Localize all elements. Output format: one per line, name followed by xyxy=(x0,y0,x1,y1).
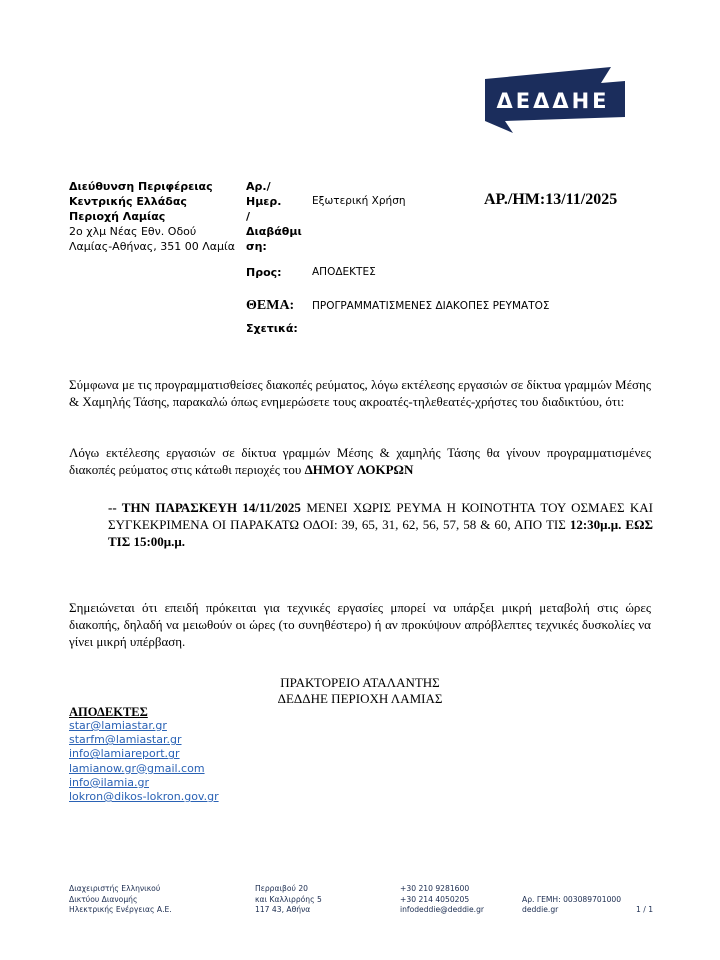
municipality-name: ΔΗΜΟΥ ΛΟΚΡΩΝ xyxy=(305,462,414,477)
sender-line: 2ο χλμ Νέας Εθν. Οδού xyxy=(69,224,249,239)
sender-address: Διεύθυνση Περιφέρειας Κεντρικής Ελλάδας … xyxy=(69,179,249,254)
sender-line: Διεύθυνση Περιφέρειας xyxy=(69,179,249,194)
sender-line: Λαμίας-Αθήνας, 351 00 Λαμία xyxy=(69,239,249,254)
sender-line: Κεντρικής Ελλάδας xyxy=(69,194,249,209)
intro-paragraph: Σύμφωνα με τις προγραμματισθείσες διακοπ… xyxy=(69,376,651,410)
footer-line: Περραιβού 20 xyxy=(255,884,322,895)
recipient-email-link[interactable]: info@ilamia.gr xyxy=(69,776,219,790)
footer-website: deddie.gr xyxy=(522,905,621,916)
footer-line: Δικτύου Διανομής xyxy=(69,895,172,906)
footer-email: infodeddie@deddie.gr xyxy=(400,905,484,916)
reference-label-line: ση: xyxy=(246,239,302,254)
footer-company: Διαχειριστής Ελληνικού Δικτύου Διανομής … xyxy=(69,884,172,916)
reference-number: ΑΡ./ΗΜ:13/11/2025 xyxy=(484,191,617,209)
signature-line: ΠΡΑΚΤΟΡΕΙΟ ΑΤΑΛΑΝΤΗΣ xyxy=(200,675,520,691)
recipient-email-link[interactable]: lokron@dikos-lokron.gov.gr xyxy=(69,790,219,804)
signature-line: ΔΕΔΔΗΕ ΠΕΡΙΟΧΗ ΛΑΜΙΑΣ xyxy=(200,691,520,707)
outage-date: -- ΤΗΝ ΠΑΡΑΣΚΕΥΗ 14/11/2025 xyxy=(108,500,301,515)
footer-line: Ηλεκτρικής Ενέργειας Α.Ε. xyxy=(69,905,172,916)
reference-label-line: Διαβάθμι xyxy=(246,224,302,239)
note-paragraph: Σημειώνεται ότι επειδή πρόκειται για τεχ… xyxy=(69,599,651,650)
recipients-list: ΑΠΟΔΕΚΤΕΣ star@lamiastar.gr starfm@lamia… xyxy=(69,705,219,804)
announcement-paragraph: Λόγω εκτέλεσης εργασιών σε δίκτυα γραμμώ… xyxy=(69,444,651,478)
recipient-email-link[interactable]: lamianow.gr@gmail.com xyxy=(69,762,219,776)
footer-spacer xyxy=(522,884,621,895)
footer-line: και Καλλιρρόης 5 xyxy=(255,895,322,906)
recipients-title: ΑΠΟΔΕΚΤΕΣ xyxy=(69,705,219,719)
page-number: 1 / 1 xyxy=(636,905,653,916)
subject-value: ΠΡΟΓΡΑΜΜΑΤΙΣΜΕΝΕΣ ΔΙΑΚΟΠΕΣ ΡΕΥΜΑΤΟΣ xyxy=(312,300,550,312)
footer-phone: +30 214 4050205 xyxy=(400,895,484,906)
recipient-email-link[interactable]: info@lamiareport.gr xyxy=(69,747,219,761)
footer-registry-number: Αρ. ΓΕΜΗ: 003089701000 xyxy=(522,895,621,906)
reference-label-line: Αρ./Ημερ. xyxy=(246,179,302,209)
recipient-email-link[interactable]: starfm@lamiastar.gr xyxy=(69,733,219,747)
logo-text: ΔΕΔΔΗΕ xyxy=(483,89,623,113)
footer-phone: +30 210 9281600 xyxy=(400,884,484,895)
signature: ΠΡΑΚΤΟΡΕΙΟ ΑΤΑΛΑΝΤΗΣ ΔΕΔΔΗΕ ΠΕΡΙΟΧΗ ΛΑΜΙ… xyxy=(200,675,520,707)
reference-label-line: / xyxy=(246,209,302,224)
classification: Εξωτερική Χρήση xyxy=(312,195,406,207)
subject-label: ΘΕΜΑ: xyxy=(246,298,294,314)
deddie-logo: ΔΕΔΔΗΕ xyxy=(483,63,633,135)
to-label: Προς: xyxy=(246,266,282,279)
sender-line: Περιοχή Λαμίας xyxy=(69,209,249,224)
footer-line: Διαχειριστής Ελληνικού xyxy=(69,884,172,895)
related-label: Σχετικά: xyxy=(246,322,298,335)
footer-registry: Αρ. ΓΕΜΗ: 003089701000 deddie.gr xyxy=(522,884,621,916)
outage-item: -- ΤΗΝ ΠΑΡΑΣΚΕΥΗ 14/11/2025 ΜΕΝΕΙ ΧΩΡΙΣ … xyxy=(108,499,653,550)
reference-label: Αρ./Ημερ. / Διαβάθμι ση: xyxy=(246,179,302,254)
footer-address: Περραιβού 20 και Καλλιρρόης 5 117 43, Αθ… xyxy=(255,884,322,916)
recipient-email-link[interactable]: star@lamiastar.gr xyxy=(69,719,219,733)
footer-line: 117 43, Αθήνα xyxy=(255,905,322,916)
to-value: ΑΠΟΔΕΚΤΕΣ xyxy=(312,266,376,278)
footer-contact: +30 210 9281600 +30 214 4050205 infodedd… xyxy=(400,884,484,916)
